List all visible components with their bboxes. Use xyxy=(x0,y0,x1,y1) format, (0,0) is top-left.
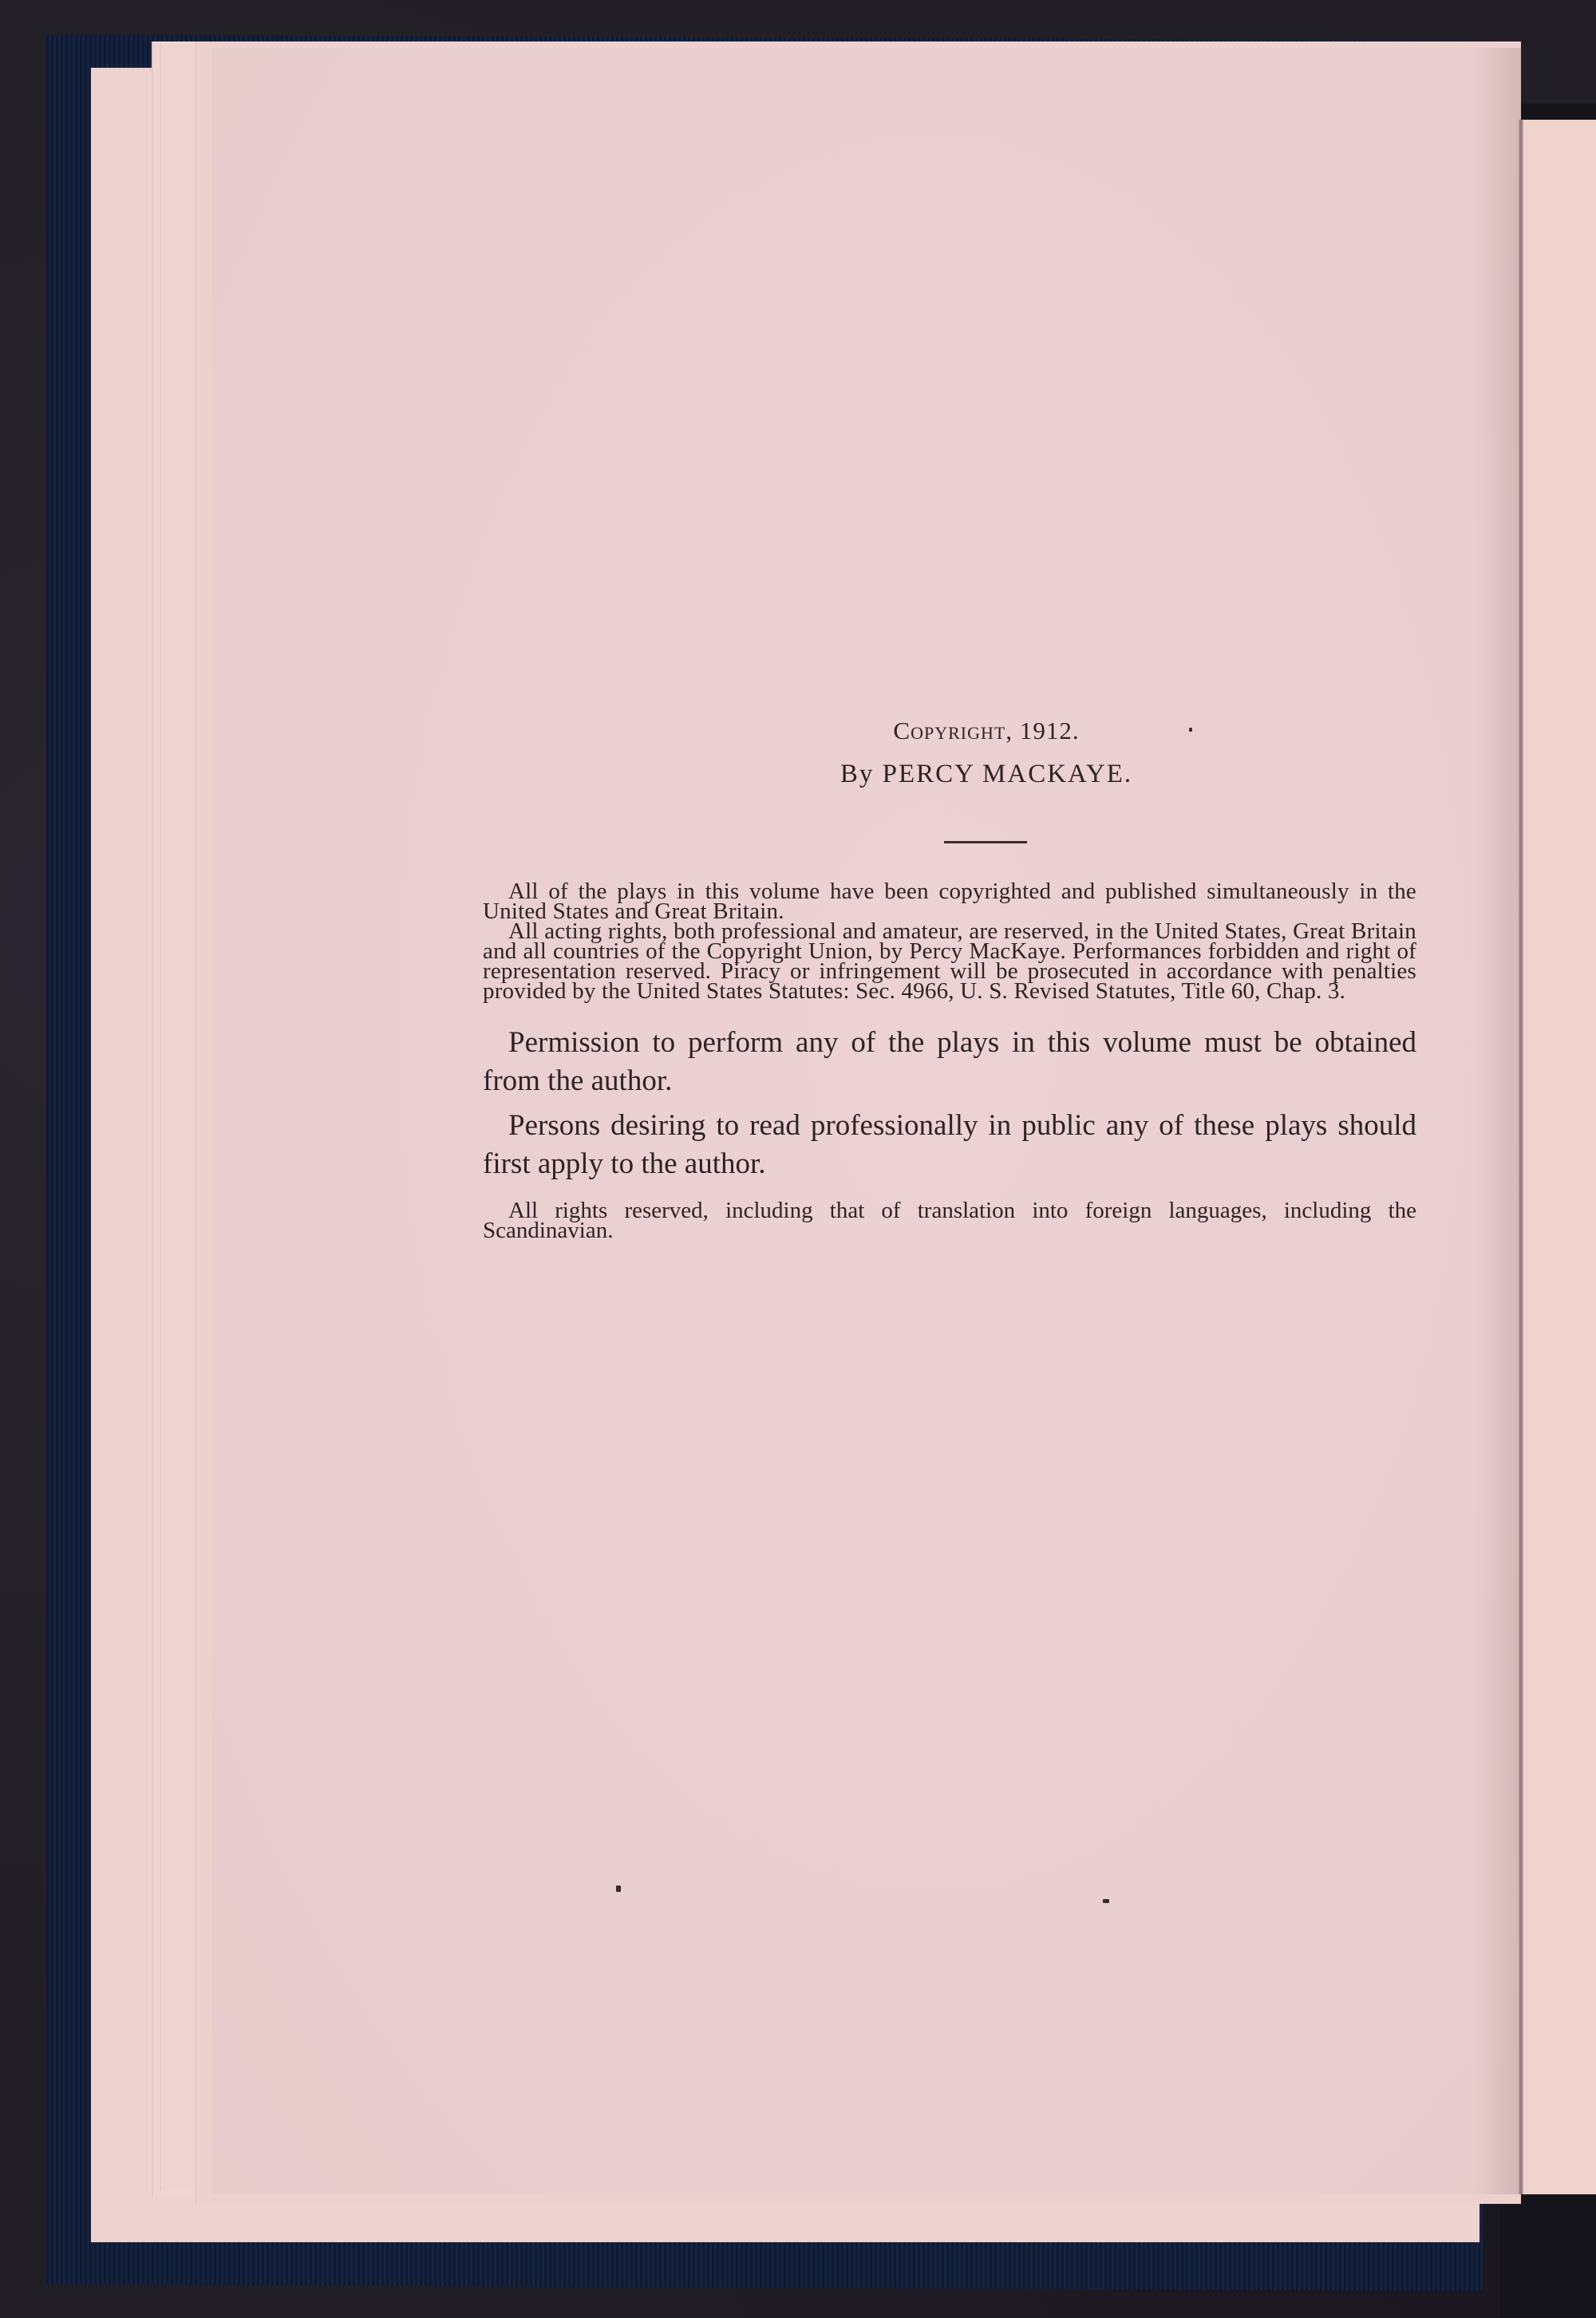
author-line: By PERCY MACKAYE. xyxy=(556,760,1416,789)
paper-speck xyxy=(616,1886,621,1892)
legal-fine-print: All of the plays in this volume have bee… xyxy=(483,882,1416,1001)
copyright-heading: Copyright, 1912. xyxy=(556,717,1416,745)
rights-paragraph: All rights reserved, including that of t… xyxy=(483,1201,1416,1241)
paper-speck xyxy=(1189,728,1192,732)
fine-print-paragraph: All acting rights, both professional and… xyxy=(483,922,1416,1001)
notice-paragraph: Persons desiring to read professionally … xyxy=(483,1107,1416,1183)
permission-notices: Permission to perform any of the plays i… xyxy=(483,1024,1416,1183)
book-gutter xyxy=(1519,120,1523,2194)
notice-paragraph: Permission to perform any of the plays i… xyxy=(483,1024,1416,1100)
divider-rule xyxy=(944,841,1027,843)
facing-page-edge xyxy=(1523,120,1596,2194)
paper-speck xyxy=(1103,1899,1109,1903)
copyright-text-block: Copyright, 1912. By PERCY MACKAYE. All o… xyxy=(483,702,1416,1241)
fine-print-paragraph: All of the plays in this volume have bee… xyxy=(483,882,1416,922)
rights-reserved: All rights reserved, including that of t… xyxy=(483,1201,1416,1241)
